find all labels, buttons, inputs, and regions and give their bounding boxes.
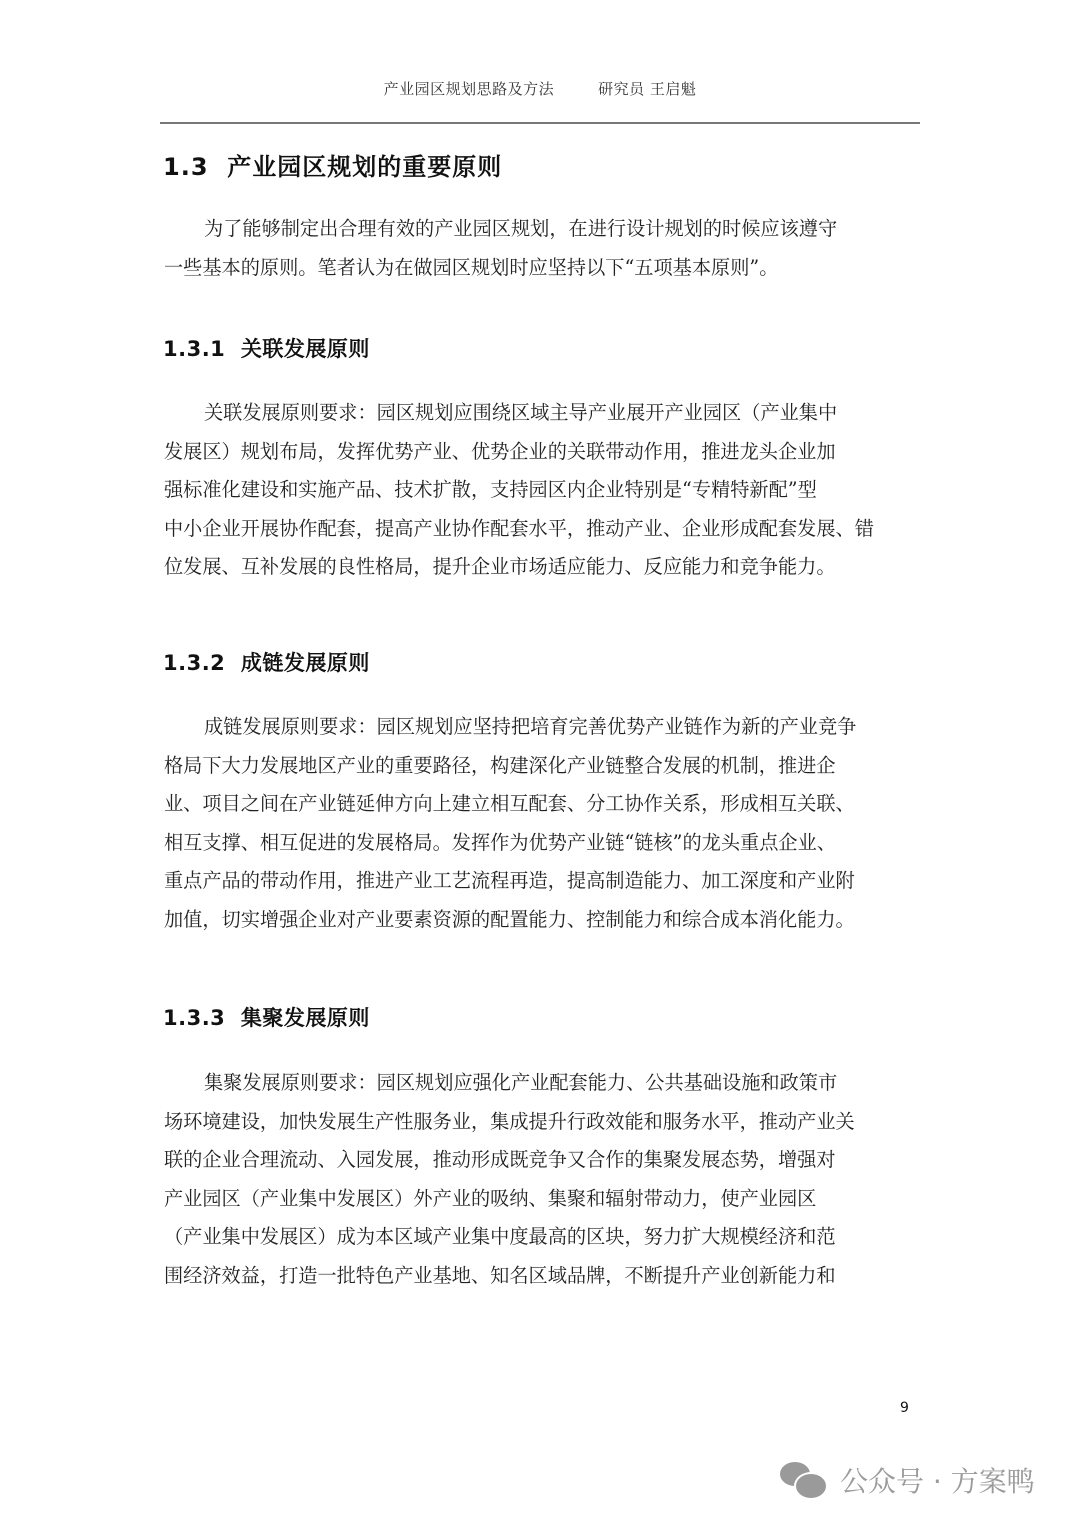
subsection-number: 1.3.1 xyxy=(163,337,225,361)
paragraph-line: 场环境建设，加快发展生产性服务业，集成提升行政效能和服务水平，推动产业关 xyxy=(164,1103,924,1142)
paragraph-line: 发展区）规划布局，发挥优势产业、优势企业的关联带动作用，推进龙头企业加 xyxy=(164,433,924,472)
watermark-text: 公众号 · 方案鸭 xyxy=(840,1460,1035,1500)
page-header: 产业园区规划思路及方法研究员 王启魁 xyxy=(0,78,1080,99)
subsection-number: 1.3.3 xyxy=(163,1006,225,1030)
page-number: 9 xyxy=(900,1400,909,1416)
section-heading: 1.3 产业园区规划的重要原则 xyxy=(163,147,502,182)
paragraph-line: 围经济效益，打造一批特色产业基地、知名区域品牌，不断提升产业创新能力和 xyxy=(164,1257,924,1296)
paragraph-line: 业、项目之间在产业链延伸方向上建立相互配套、分工协作关系，形成相互关联、 xyxy=(164,785,924,824)
paragraph-line: 位发展、互补发展的良性格局，提升企业市场适应能力、反应能力和竞争能力。 xyxy=(164,548,924,587)
document-title: 产业园区规划思路及方法 xyxy=(384,80,555,98)
paragraph-line: 重点产品的带动作用，推进产业工艺流程再造，提高制造能力、加工深度和产业附 xyxy=(164,862,924,901)
paragraph-line: 为了能够制定出合理有效的产业园区规划，在进行设计规划的时候应该遵守 xyxy=(164,210,924,249)
subsection-title: 成链发展原则 xyxy=(241,651,370,675)
paragraph-line: 联的企业合理流动、入园发展，推动形成既竞争又合作的集聚发展态势，增强对 xyxy=(164,1141,924,1180)
intro-paragraph: 为了能够制定出合理有效的产业园区规划，在进行设计规划的时候应该遵守 一些基本的原… xyxy=(164,210,924,287)
subsection-title: 关联发展原则 xyxy=(241,337,370,361)
paragraph-line: 一些基本的原则。笔者认为在做园区规划时应坚持以下“五项基本原则”。 xyxy=(164,249,924,288)
paragraph-1-3-3: 集聚发展原则要求：园区规划应强化产业配套能力、公共基础设施和政策市 场环境建设，… xyxy=(164,1064,924,1296)
subsection-heading-1-3-2: 1.3.2 成链发展原则 xyxy=(163,647,370,677)
paragraph-line: 产业园区（产业集中发展区）外产业的吸纳、集聚和辐射带动力，使产业园区 xyxy=(164,1180,924,1219)
paragraph-line: （产业集中发展区）成为本区域产业集中度最高的区块，努力扩大规模经济和范 xyxy=(164,1218,924,1257)
paragraph-line: 成链发展原则要求：园区规划应坚持把培育完善优势产业链作为新的产业竞争 xyxy=(164,708,924,747)
subsection-heading-1-3-3: 1.3.3 集聚发展原则 xyxy=(163,1002,370,1032)
paragraph-line: 中小企业开展协作配套，提高产业协作配套水平，推动产业、企业形成配套发展、错 xyxy=(164,510,924,549)
paragraph-1-3-1: 关联发展原则要求：园区规划应围绕区域主导产业展开产业园区（产业集中 发展区）规划… xyxy=(164,394,924,587)
watermark: 公众号 · 方案鸭 xyxy=(780,1460,1035,1500)
wechat-icon xyxy=(780,1460,828,1500)
section-title: 产业园区规划的重要原则 xyxy=(227,153,502,181)
section-number: 1.3 xyxy=(163,153,209,181)
paragraph-1-3-2: 成链发展原则要求：园区规划应坚持把培育完善优势产业链作为新的产业竞争 格局下大力… xyxy=(164,708,924,940)
paragraph-line: 强标准化建设和实施产品、技术扩散，支持园区内企业特别是“专精特新配”型 xyxy=(164,471,924,510)
paragraph-line: 相互支撑、相互促进的发展格局。发挥作为优势产业链“链核”的龙头重点企业、 xyxy=(164,824,924,863)
subsection-number: 1.3.2 xyxy=(163,651,225,675)
author-name: 研究员 王启魁 xyxy=(598,80,696,98)
paragraph-line: 加值，切实增强企业对产业要素资源的配置能力、控制能力和综合成本消化能力。 xyxy=(164,901,924,940)
header-divider xyxy=(160,122,920,124)
paragraph-line: 关联发展原则要求：园区规划应围绕区域主导产业展开产业园区（产业集中 xyxy=(164,394,924,433)
subsection-title: 集聚发展原则 xyxy=(241,1006,370,1030)
paragraph-line: 集聚发展原则要求：园区规划应强化产业配套能力、公共基础设施和政策市 xyxy=(164,1064,924,1103)
subsection-heading-1-3-1: 1.3.1 关联发展原则 xyxy=(163,333,370,363)
paragraph-line: 格局下大力发展地区产业的重要路径，构建深化产业链整合发展的机制，推进企 xyxy=(164,747,924,786)
